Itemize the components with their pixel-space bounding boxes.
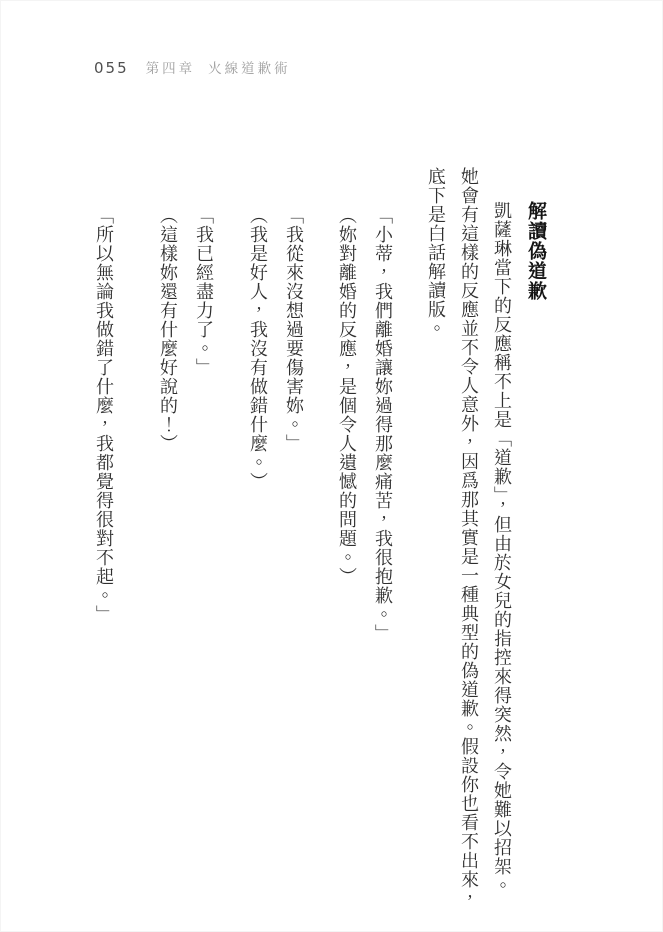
interpretation-line: （妳對離婚的反應，是個令人遺憾的問題。） bbox=[336, 167, 357, 929]
body-text-line: 她會有這樣的反應並不令人意外，因爲那其實是一種典型的偽道歉。假設你也看不出來， bbox=[458, 167, 479, 929]
page-number: 055 bbox=[94, 59, 129, 77]
quote-line: 「小蒂，我們離婚讓妳過得那麼痛苦，我很抱歉。」 bbox=[372, 167, 393, 929]
interpretation-line: （這樣妳還有什麼好說的！） bbox=[157, 167, 178, 929]
book-page: 055 第四章 火線道歉術 解讀偽道歉 凱薩琳當下的反應稱不上是「道歉」，但由於… bbox=[0, 0, 663, 932]
body-text-line: 底下是白話解讀版。 bbox=[425, 167, 446, 929]
interpretation-line: （我是好人，我沒有做錯什麼。） bbox=[247, 167, 268, 929]
chapter-title: 火線道歉術 bbox=[208, 57, 291, 77]
vertical-text-block: 解讀偽道歉 凱薩琳當下的反應稱不上是「道歉」，但由於女兒的指控來得突然，令她難以… bbox=[93, 167, 547, 929]
section-heading: 解讀偽道歉 bbox=[524, 167, 547, 929]
body-text-line: 凱薩琳當下的反應稱不上是「道歉」，但由於女兒的指控來得突然，令她難以招架。 bbox=[491, 167, 512, 929]
quote-line: 「我從來沒想過要傷害妳。」 bbox=[283, 167, 304, 929]
quote-line: 「我已經盡力了。」 bbox=[193, 167, 214, 929]
quote-line: 「所以無論我做錯了什麼，我都覺得很對不起。」 bbox=[93, 167, 114, 929]
running-head: 055 第四章 火線道歉術 bbox=[94, 57, 291, 77]
chapter-label: 第四章 bbox=[146, 57, 196, 77]
